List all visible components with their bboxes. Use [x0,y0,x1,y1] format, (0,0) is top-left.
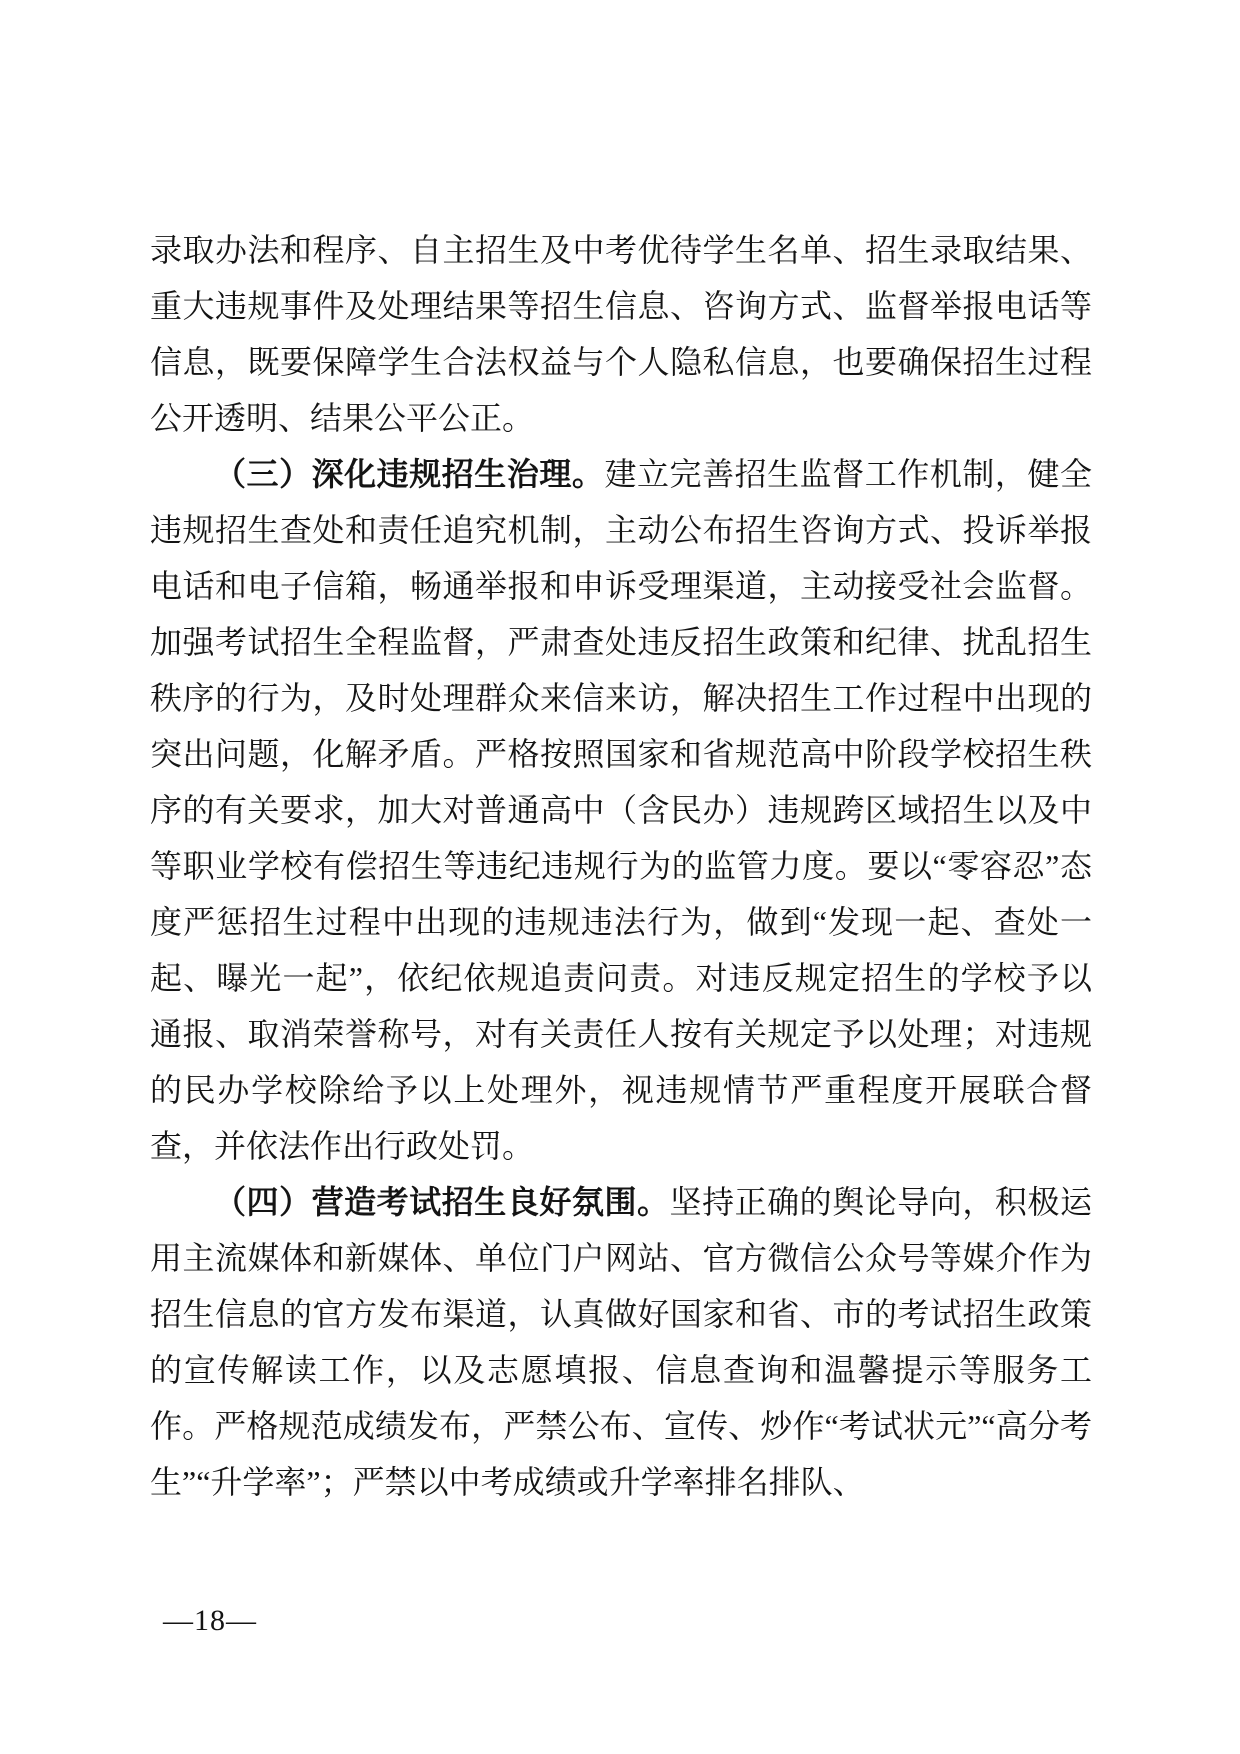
document-page: 录取办法和程序、自主招生及中考优待学生名单、招生录取结果、重大违规事件及处理结果… [0,0,1240,1754]
paragraph-text: 录取办法和程序、自主招生及中考优待学生名单、招生录取结果、重大违规事件及处理结果… [150,232,1092,436]
paragraph-continued: 录取办法和程序、自主招生及中考优待学生名单、招生录取结果、重大违规事件及处理结果… [150,222,1092,446]
section-3-heading: （三）深化违规招生治理。 [214,456,604,492]
paragraph-section-4: （四）营造考试招生良好氛围。坚持正确的舆论导向，积极运用主流媒体和新媒体、单位门… [150,1174,1092,1510]
page-number: —18— [163,1604,257,1638]
section-4-heading: （四）营造考试招生良好氛围。 [214,1184,670,1220]
paragraph-section-3: （三）深化违规招生治理。建立完善招生监督工作机制，健全违规招生查处和责任追究机制… [150,446,1092,1174]
paragraph-text: 坚持正确的舆论导向，积极运用主流媒体和新媒体、单位门户网站、官方微信公众号等媒介… [150,1184,1092,1500]
paragraph-text: 建立完善招生监督工作机制，健全违规招生查处和责任追究机制，主动公布招生咨询方式、… [150,456,1092,1164]
document-body: 录取办法和程序、自主招生及中考优待学生名单、招生录取结果、重大违规事件及处理结果… [150,222,1092,1510]
